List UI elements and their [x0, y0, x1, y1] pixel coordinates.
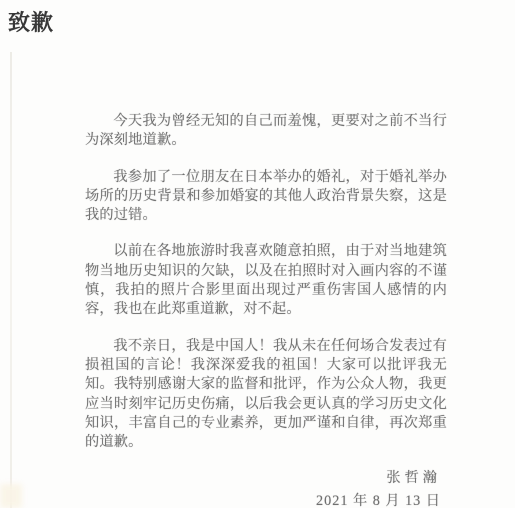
- signature-date: 2021 年 8 月 13 日: [85, 492, 441, 508]
- scan-stain: [0, 484, 22, 508]
- letter-paragraph-2: 我参加了一位朋友在日本举办的婚礼，对于婚礼举办场所的历史背景和参加婚宴的其他人政…: [85, 168, 447, 226]
- letter-paragraph-3: 以前在各地旅游时我喜欢随意拍照，由于对当地建筑物当地历史知识的欠缺，以及在拍照时…: [85, 242, 447, 319]
- letter-body: 今天我为曾经无知的自己而羞愧，更要对之前不当行为深刻地道歉。 我参加了一位朋友在…: [85, 112, 447, 508]
- letter-paragraph-4: 我不亲日，我是中国人！我从未在任何场合发表过有损祖国的言论！我深深爱我的祖国！大…: [85, 337, 447, 453]
- page-title: 致歉: [8, 6, 54, 37]
- signature-name: 张哲瀚: [85, 469, 441, 488]
- letter-paragraph-1: 今天我为曾经无知的自己而羞愧，更要对之前不当行为深刻地道歉。: [85, 112, 447, 151]
- paper-edge-line: [10, 52, 12, 508]
- signature-block: 张哲瀚 2021 年 8 月 13 日: [85, 469, 447, 508]
- apology-letter-page: 致歉 今天我为曾经无知的自己而羞愧，更要对之前不当行为深刻地道歉。 我参加了一位…: [0, 0, 515, 508]
